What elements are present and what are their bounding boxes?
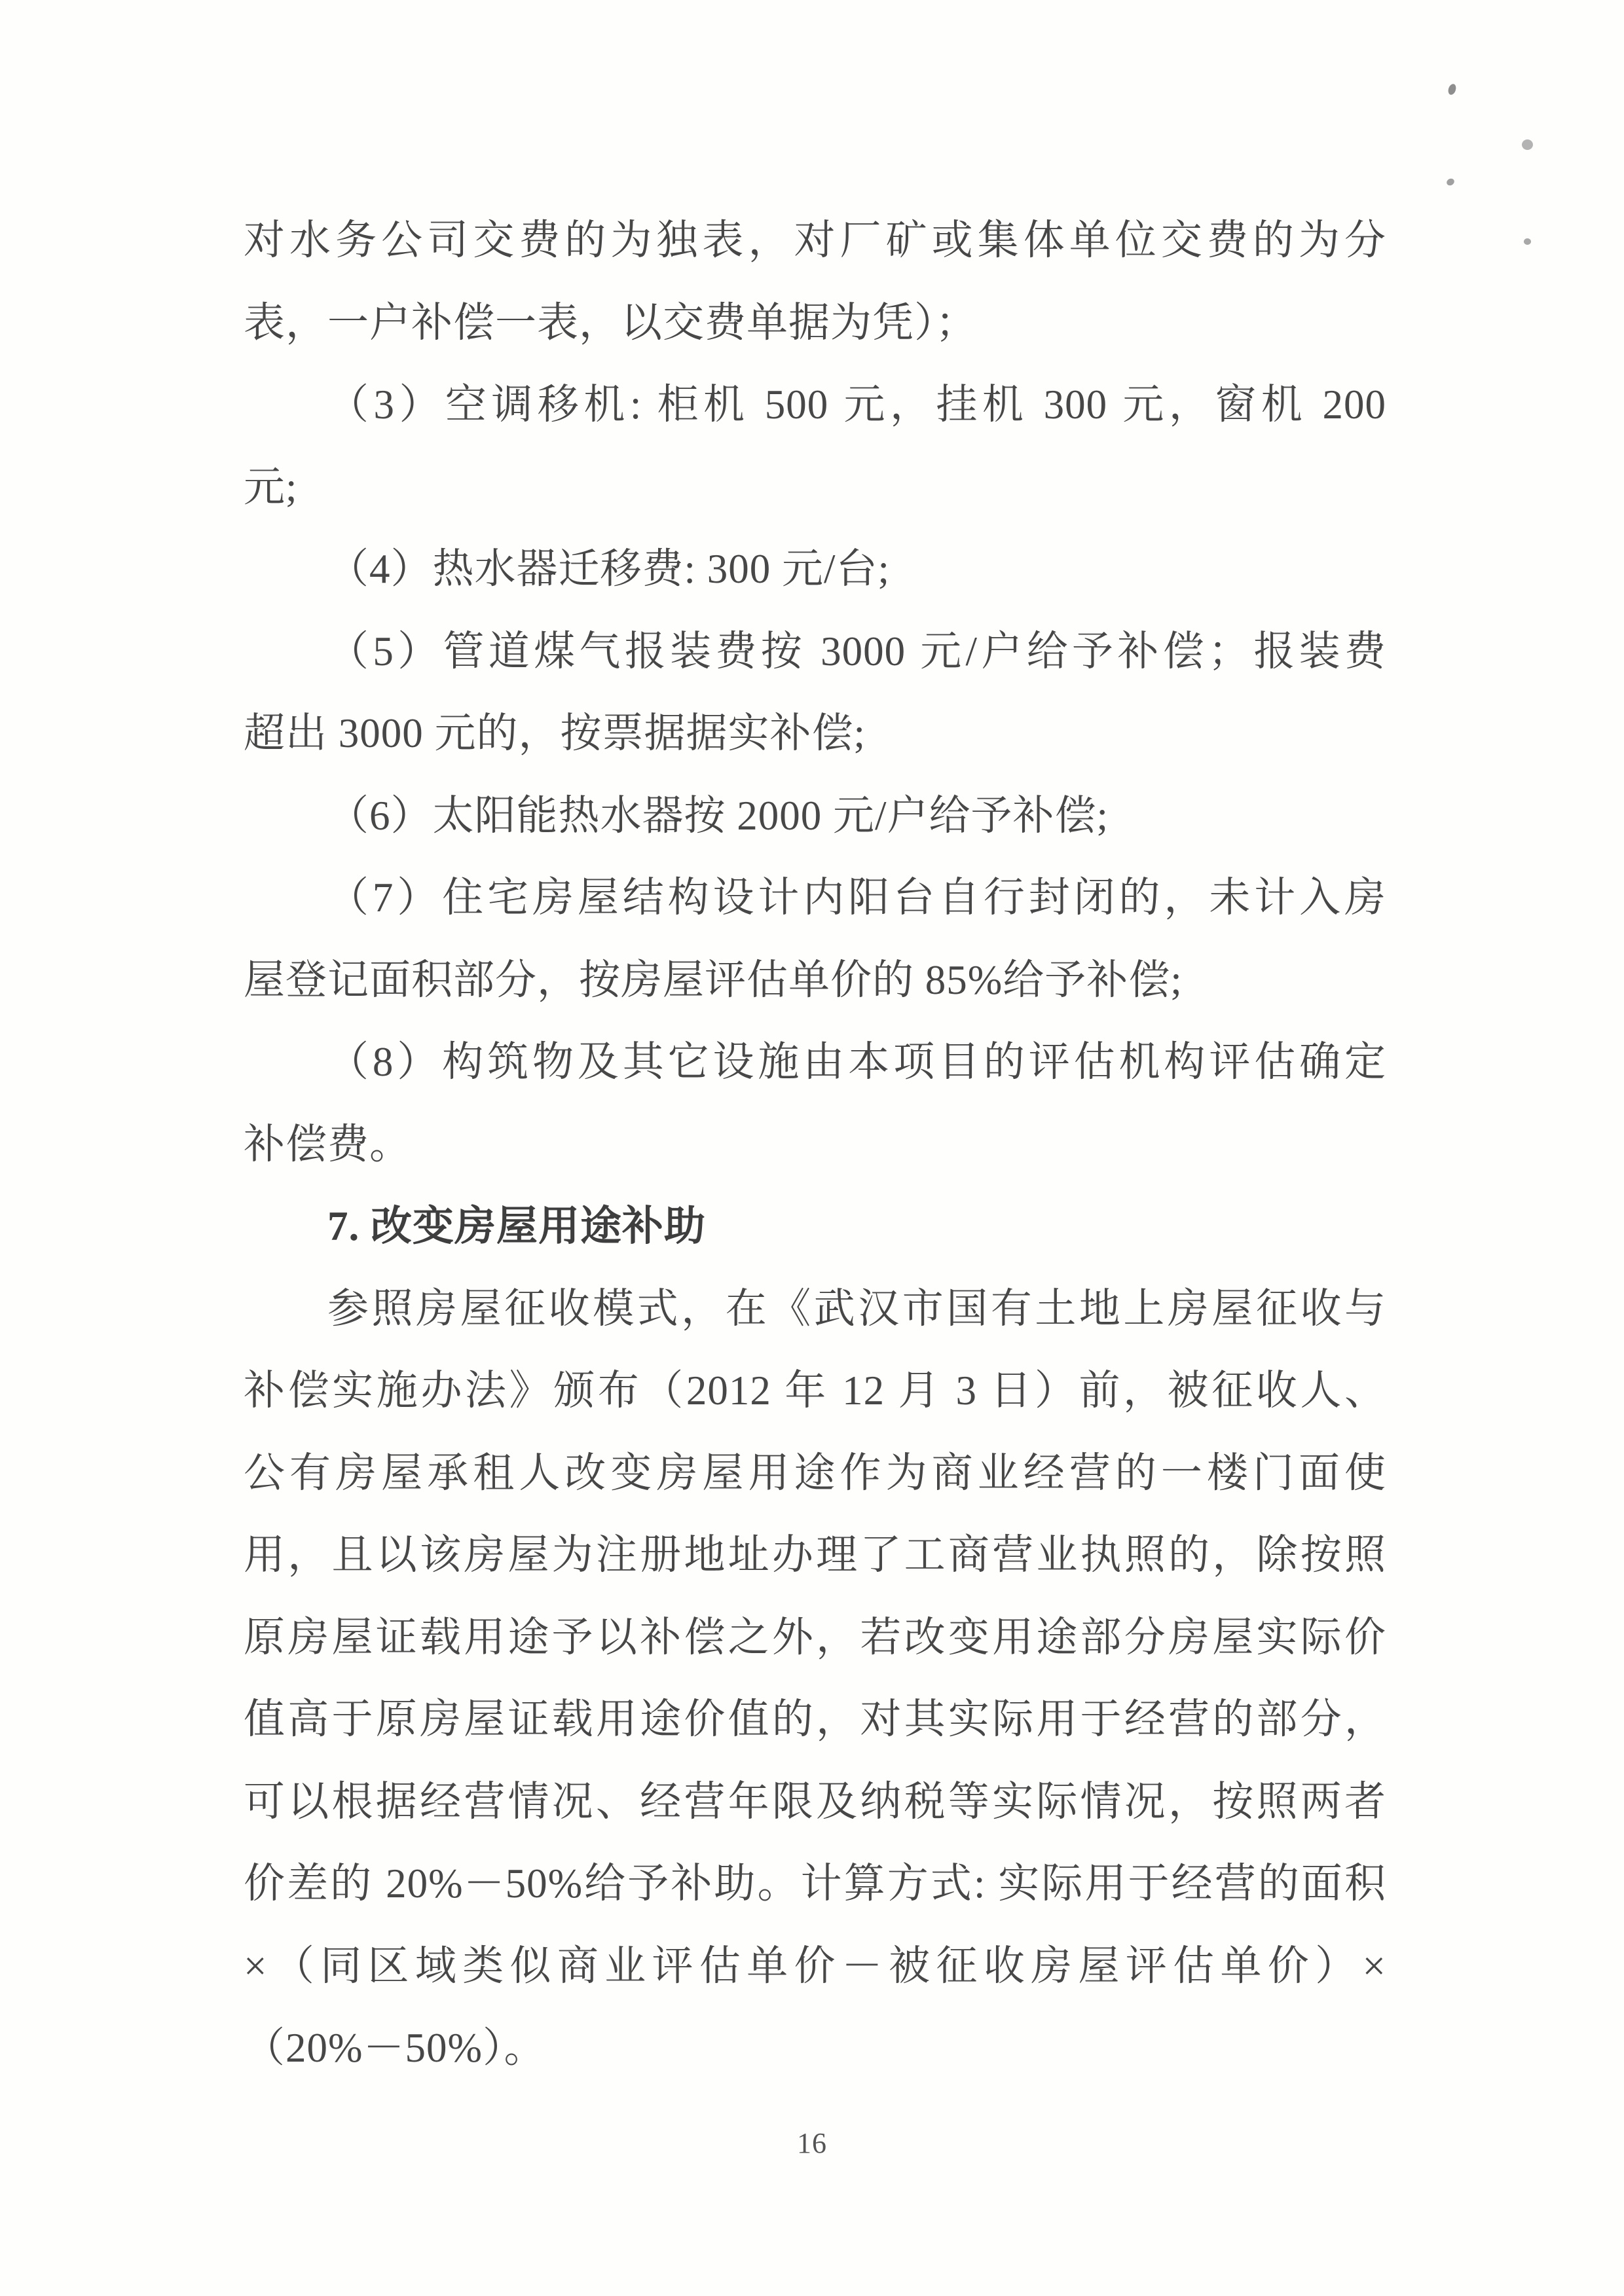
text-line: 价差的 20%－50%给予补助。计算方式: 实际用于经营的面积: [244, 1843, 1386, 1925]
text-line: 值高于原房屋证载用途价值的，对其实际用于经营的部分，: [244, 1679, 1386, 1761]
text-line: 原房屋证载用途予以补偿之外，若改变用途部分房屋实际价: [244, 1597, 1386, 1679]
text-line: （3）空调移机: 柜机 500 元，挂机 300 元，窗机 200: [244, 364, 1386, 446]
text-line: （4）热水器迁移费: 300 元/台;: [244, 528, 1386, 611]
text-line: 屋登记面积部分，按房屋评估单价的 85%给予补偿;: [244, 939, 1386, 1022]
text-line: 公有房屋承租人改变房屋用途作为商业经营的一楼门面使: [244, 1432, 1386, 1515]
text-line: 用，且以该房屋为注册地址办理了工商营业执照的，除按照: [244, 1514, 1386, 1597]
text-line: 可以根据经营情况、经营年限及纳税等实际情况，按照两者: [244, 1761, 1386, 1844]
text-line: （8）构筑物及其它设施由本项目的评估机构评估确定: [244, 1021, 1386, 1104]
scan-speckle: [1524, 238, 1531, 245]
text-line: 参照房屋征收模式，在《武汉市国有土地上房屋征收与: [244, 1268, 1386, 1351]
section-heading: 7. 改变房屋用途补助: [244, 1186, 1386, 1268]
page-number: 16: [0, 2128, 1624, 2159]
text-line: （20%－50%）。: [244, 2007, 1386, 2090]
text-line: 表，一户补偿一表，以交费单据为凭）；: [244, 282, 1386, 365]
text-line: （5）管道煤气报装费按 3000 元/户给予补偿；报装费: [244, 611, 1386, 693]
text-line: （7）住宅房屋结构设计内阳台自行封闭的，未计入房: [244, 857, 1386, 939]
document-page: 对水务公司交费的为独表，对厂矿或集体单位交费的为分表，一户补偿一表，以交费单据为…: [0, 0, 1624, 2296]
scan-speckle: [1447, 83, 1458, 96]
text-line: 补偿实施办法》颁布（2012 年 12 月 3 日）前，被征收人、: [244, 1350, 1386, 1432]
text-line: 对水务公司交费的为独表，对厂矿或集体单位交费的为分: [244, 200, 1386, 282]
text-line: 超出 3000 元的，按票据据实补偿;: [244, 693, 1386, 775]
scan-speckle: [1522, 139, 1533, 150]
text-line: 元;: [244, 446, 1386, 529]
text-line: ×（同区域类似商业评估单价－被征收房屋评估单价）×: [244, 1925, 1386, 2008]
text-line: （6）太阳能热水器按 2000 元/户给予补偿;: [244, 775, 1386, 858]
text-line: 补偿费。: [244, 1104, 1386, 1186]
scan-speckle: [1445, 177, 1455, 187]
document-body: 对水务公司交费的为独表，对厂矿或集体单位交费的为分表，一户补偿一表，以交费单据为…: [244, 200, 1386, 2090]
